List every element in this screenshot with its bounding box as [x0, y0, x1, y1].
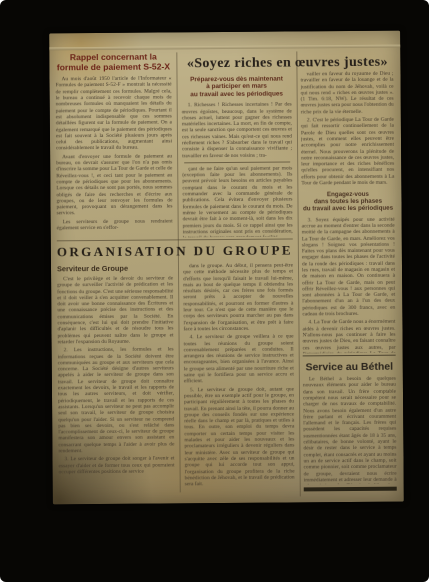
article-soyez-kicker: Préparez-vous dès maintenant à participe… [181, 75, 291, 98]
article-rappel: Rappel concernant la formule de paiement… [55, 52, 172, 238]
paragraph: 5. Le serviteur de groupe doit, autant q… [184, 386, 295, 488]
kicker-line: au travail avec les périodiques [182, 90, 292, 98]
paragraph: 3. Le serviteur de groupe doit songer à … [58, 456, 174, 476]
newspaper-page: Rappel concernant la formule de paiement… [49, 31, 404, 505]
article-bethel-title: Service au Béthel [303, 361, 396, 374]
organisation-header: ORGANISATION DU GROUPE [57, 238, 293, 261]
article-rappel-title: Rappel concernant la formule de paiement… [55, 52, 171, 72]
paragraph: 4. Le serviteur de groupe veillera à ce … [184, 334, 294, 385]
screenshot: Rappel concernant la formule de paiement… [0, 0, 429, 582]
organisation-title: ORGANISATION DU GROUPE [57, 243, 293, 259]
article-bethel-body: Le Béthel a besoin de quelques nouveaux … [303, 376, 397, 485]
paragraph: 1. Richesses ! Richesses incertaines ! P… [182, 102, 292, 160]
paragraph: 2. C'est le périodique La Tour de Garde … [301, 117, 395, 187]
paragraph: 3. Soyez équipés pour une activité accru… [302, 216, 396, 317]
section-rule [57, 238, 293, 241]
paragraph: Les serviteurs de groupe nous rendraient… [57, 218, 173, 232]
paragraph: dans le groupe. Au début, il pensera peu… [183, 262, 294, 332]
paragraph: çant de ne faire qu'un seul paiement par… [182, 165, 293, 237]
subhead-line: du travail avec les périodiques [302, 205, 395, 213]
organisation-subhead: Serviteur de Groupe [57, 263, 173, 273]
section-rule [303, 354, 396, 356]
section-rule [184, 161, 290, 163]
column2-top: Préparez-vous dès maintenant à participe… [181, 75, 292, 237]
organisation-column2: dans le groupe. Au début, il pensera peu… [183, 262, 295, 499]
page-content: Rappel concernant la formule de paiement… [49, 31, 404, 505]
document-photo: Rappel concernant la formule de paiement… [0, 0, 429, 582]
organisation-column1: Serviteur de Groupe C'est le privilège e… [57, 263, 175, 492]
paragraph: Au mois d'août 1950 l'article de l'Infor… [55, 76, 172, 152]
paragraph: vailler en faveur du royaume de Dieu ; t… [300, 71, 393, 116]
column3: vailler en faveur du royaume de Dieu ; t… [300, 71, 396, 497]
paragraph: C'est le privilège et le devoir du servi… [57, 275, 174, 345]
article-soyez-paragraphs2: 3. Soyez équipés pour une activité accru… [302, 216, 396, 353]
paragraph: Le Béthel a besoin de quelques nouveaux … [303, 376, 397, 485]
bottom-rule [304, 487, 397, 491]
paragraph: Avant d'envoyer une formule de paiement … [56, 153, 172, 217]
article-soyez-continuation: vailler en faveur du royaume de Dieu ; t… [300, 71, 394, 188]
paragraph: 4. La Tour de Garde nous a énormément ai… [302, 319, 395, 353]
column-divider-1 [176, 52, 180, 492]
article-soyez-subhead2: Engagez-vous dans toutes les phases du t… [301, 191, 394, 213]
paragraph: 2. Les instructions, les formules et les… [58, 347, 175, 455]
